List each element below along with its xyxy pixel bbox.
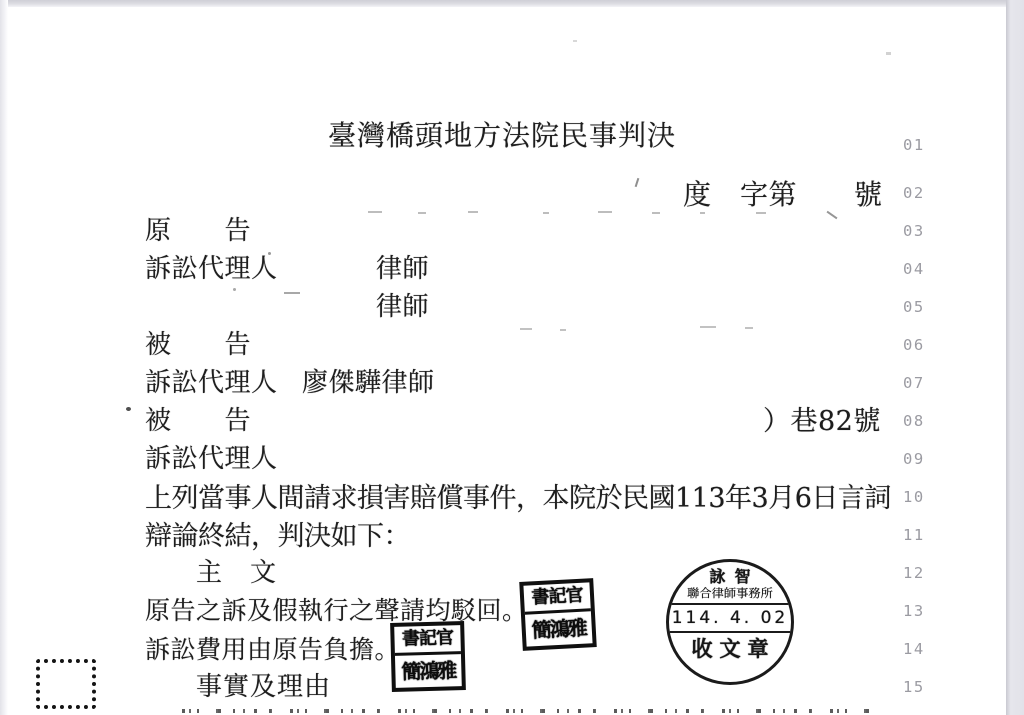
redaction-smudge [284,292,300,294]
redaction-smudge [520,328,532,330]
facts-heading: 事實及理由 [196,673,331,703]
redaction-smudge [468,211,478,213]
line-number: 02 [903,184,925,202]
line-number: 08 [903,412,925,430]
receipt-stamp-date: 114. 4. 02 [669,603,791,633]
body-text-line: 上列當事人間請求損害賠償事件，本院於民國113年3月6日言詞 [145,483,891,514]
redaction-smudge [543,212,549,214]
main-text-line: 訴訟費用由原告負擔。 [145,636,400,665]
redaction-smudge [827,211,838,220]
scan-speck [886,52,891,55]
redaction-smudge [756,212,766,214]
scanned-judgment-page: 01 02 03 04 05 06 07 08 09 10 11 12 13 1… [0,0,1024,715]
clerk-stamp-name: 簡鴻雅 [395,654,462,688]
party-role-plaintiff: 原 告 [145,217,251,247]
line-number: 09 [903,450,925,468]
redaction-smudge [418,212,426,214]
redaction-smudge [635,178,640,187]
redaction-smudge [598,211,612,213]
receipt-stamp-office-name: 詠智 [669,568,791,586]
clerk-stamp-title: 書記官 [523,582,590,614]
clerk-stamp-name: 簡鴻雅 [525,611,593,646]
judgment-title: 臺灣橋頭地方法院民事判決 [328,120,676,152]
counsel-name: 律師 [376,293,429,323]
party-role-defendant: 被 告 [145,407,251,437]
line-number: 04 [903,260,925,278]
redaction-smudge [560,329,566,331]
body-text-line: 辯論終結，判決如下： [145,521,410,552]
redaction-smudge [745,327,753,329]
party-role-counsel: 訴訟代理人 [145,255,278,285]
redaction-smudge [652,212,660,214]
clerk-stamp: 書記官 簡鴻雅 [519,578,597,651]
case-number-line: 度 字第 號 [683,179,883,211]
main-text-heading: 主 文 [196,559,277,589]
main-text-line: 原告之訴及假執行之聲請均駁回。 [145,597,528,626]
line-number: 12 [903,564,925,582]
law-firm-receipt-stamp: 詠智 聯合律師事務所 114. 4. 02 收文章 [666,559,794,685]
scan-edge-left [0,0,8,715]
line-number: 11 [903,526,925,544]
counsel-name: 律師 [376,255,429,285]
scan-edge-top [0,0,1024,7]
line-number: 05 [903,298,925,316]
line-number: 07 [903,374,925,392]
party-role-counsel: 訴訟代理人 [145,445,278,475]
line-number: 10 [903,488,925,506]
redaction-smudge [233,288,236,291]
redaction-smudge [700,212,705,214]
line-number: 15 [903,678,925,696]
counsel-name: 廖傑驊律師 [302,369,435,399]
scan-edge-right [1006,0,1024,715]
line-number: 14 [903,640,925,658]
clipped-next-line [182,708,874,714]
line-number: 01 [903,136,925,154]
receipt-stamp-office-type: 聯合律師事務所 [668,586,792,599]
ink-dot [126,407,131,411]
clerk-stamp: 書記官 簡鴻雅 [390,621,466,692]
line-number: 06 [903,336,925,354]
redaction-smudge [268,252,271,255]
party-role-counsel: 訴訟代理人 [145,369,278,399]
defendant-address-fragment: ）巷82號 [763,406,881,437]
redaction-smudge [700,326,716,328]
redaction-smudge [368,211,382,213]
receipt-stamp-label: 收文章 [669,634,791,664]
scan-speck [573,40,577,42]
line-number: 13 [903,602,925,620]
line-number: 03 [903,222,925,240]
clerk-stamp-title: 書記官 [394,625,461,656]
clipped-character-tops [182,709,874,713]
punch-mark-dotted-rectangle [36,659,96,709]
party-role-defendant: 被 告 [145,331,251,361]
